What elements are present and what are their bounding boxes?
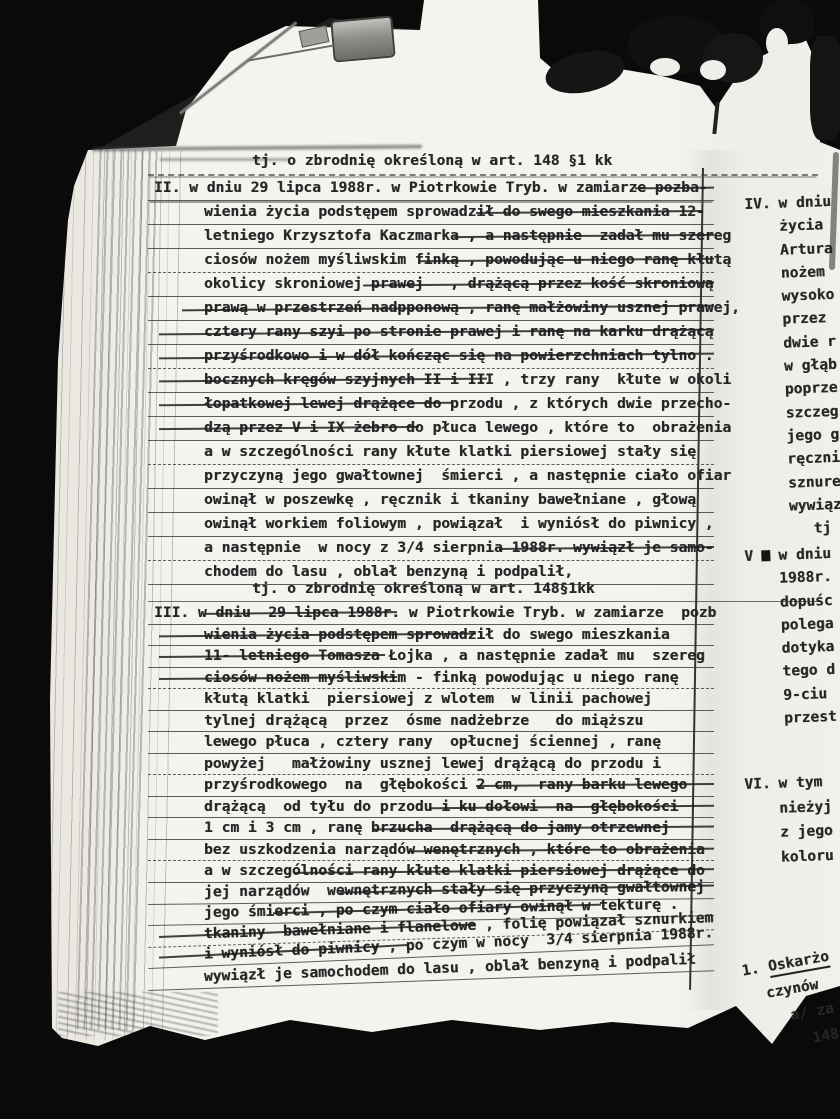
right-page-line: przest — [750, 706, 840, 733]
right-page-line: Artura — [746, 237, 840, 264]
light-splotch — [700, 60, 726, 80]
right-page-line: dopuśc — [746, 589, 840, 616]
text-line: wienia życia podstępem sprowadził do swe… — [148, 625, 714, 647]
line-text: a w szczególności rany kłute klatki pier… — [204, 443, 696, 460]
right-page-line: tj — [755, 517, 840, 544]
right-page-line: jego g — [752, 423, 840, 450]
text-line: drążącą od tyłu do przodu i ku dołowi na… — [148, 797, 714, 819]
text-line: II. w dniu 29 lipca 1988r. w Piotrkowie … — [148, 177, 714, 201]
light-splotch — [766, 28, 788, 58]
right-page-line: życia — [745, 214, 840, 241]
text-line: ciosów nożem myśliwskim finką , powodują… — [148, 249, 714, 273]
bottom-edge-smudges — [58, 992, 218, 1036]
line-text: w tym — [778, 773, 823, 792]
right-page-line: Vw dniu — [744, 543, 840, 570]
text-line: dzą przez V i IX żebro do płuca lewego ,… — [148, 417, 714, 441]
line-text: poprze — [785, 379, 838, 398]
line-text: tylnej drążącą przez ósme nadżebrze do m… — [204, 712, 643, 729]
line-text: owinął workiem foliowym , powiązał i wyn… — [204, 515, 714, 532]
line-text: z jego — [780, 822, 833, 841]
line-text: życia — [779, 217, 824, 236]
line-text: przyczyną jego gwałtownej śmierci , a na… — [204, 467, 731, 484]
gray-object-on-desk — [330, 15, 395, 62]
charge-section-vi-fragment: VI.w tymnieżyjz jegokoloru — [744, 771, 840, 872]
line-text: przest — [784, 708, 837, 727]
text-line: przyśrodkowo i w dół kończąc się na powi… — [148, 345, 714, 369]
line-text: w dniu — [778, 193, 831, 212]
text-line: 1 cm i 3 cm , ranę brzucha drążącą do ja… — [148, 818, 714, 840]
right-page-numbered-list: 1.Oskarżo czynów a/ za c 148 — [740, 942, 840, 1062]
line-text: owinął w poszewkę , ręcznik i tkaniny ba… — [204, 491, 696, 508]
text-line: owinął workiem foliowym , powiązał i wyn… — [148, 513, 714, 537]
line-text: dotyka — [781, 638, 834, 657]
charge-section-iii: III. w dniu 29 lipca 1988r. w Piotrkowie… — [148, 603, 714, 990]
text-line: tylnej drążącą przez ósme nadżebrze do m… — [148, 711, 714, 733]
text-line: owinął w poszewkę , ręcznik i tkaniny ba… — [148, 489, 714, 513]
right-page-line: nożem — [746, 260, 840, 287]
right-page-line: wysoko — [747, 284, 840, 311]
charge-section-ii: II. w dniu 29 lipca 1988r. w Piotrkowie … — [148, 177, 714, 585]
right-page-line: ręczni — [753, 447, 840, 474]
right-page-line: IV.w dniu — [744, 191, 840, 218]
right-page-line: tego d — [748, 659, 840, 686]
line-text: 1988r. — [779, 568, 832, 587]
line-text: 9-ciu — [783, 685, 828, 704]
right-page-line: 9-ciu — [749, 682, 840, 709]
text-line: bocznych kręgów szyjnych II i III , trzy… — [148, 369, 714, 393]
line-text: tego d — [782, 661, 835, 680]
text-line: III. w dniu 29 lipca 1988r. w Piotrkowie… — [148, 603, 714, 625]
line-text: dopuśc — [780, 592, 833, 611]
line-text: II. w dniu 29 lipca 1988r. w Piotrkowie … — [154, 179, 708, 196]
right-page-line: szczeg — [751, 400, 840, 427]
text-line: powyżej małżowiny usznej lewej drążącą d… — [148, 754, 714, 776]
text-line: ciosów nożem myśliwskim - finką powodują… — [148, 668, 714, 690]
line-text: wysoko — [781, 286, 834, 305]
right-page-line: przez — [748, 307, 840, 334]
line-text: szczeg — [785, 403, 838, 422]
list-number: 1. — [741, 960, 761, 980]
right-page-line: wywiąz — [755, 493, 840, 520]
line-text: powyżej małżowiny usznej lewej drążącą d… — [204, 755, 661, 772]
right-page-line: dotyka — [747, 636, 840, 663]
text-line: kłutą klatki piersiowej z wlotem w linii… — [148, 689, 714, 711]
text-line: wienia życia podstępem sprowadził do swe… — [148, 201, 714, 225]
right-page-line: dwie r — [749, 330, 840, 357]
line-text: lewego płuca , cztery rany opłucnej ście… — [204, 733, 661, 750]
dark-splotch — [810, 36, 840, 140]
right-page-line: koloru — [747, 844, 840, 872]
text-line: 11- letniego Tomasza Łojka , a następnie… — [148, 646, 714, 668]
ink-blot — [761, 550, 770, 561]
line-text: w dniu — [778, 545, 831, 564]
line-text: dwie r — [783, 333, 836, 352]
charge-section-v-fragment: Vw dniu1988r.dopuścpolegadotykatego d9-c… — [744, 543, 840, 733]
text-line: letniego Krzysztofa Kaczmarka , a następ… — [148, 225, 714, 249]
legal-qualification-heading: tj. o zbrodnię określoną w art. 148 §1 k… — [148, 149, 818, 176]
text-line: bez uszkodzenia narządów wenętrznych , k… — [148, 840, 714, 862]
text-line: prawą w przestrzeń nadpponową , ranę mał… — [148, 297, 714, 321]
right-page-line: nieżyj — [745, 795, 840, 823]
legal-qualification-heading: tj. o zbrodnię określoną w art. 148§1kk — [148, 577, 818, 602]
line-text: w głąb — [784, 356, 837, 375]
text-line: cztery rany szyi po stronie prawej i ran… — [148, 321, 714, 345]
right-page-line: w głąb — [750, 354, 840, 381]
light-splotch — [650, 58, 680, 76]
text-line: a w szczególności rany kłute klatki pier… — [148, 441, 714, 465]
section-numeral: VI. — [744, 773, 779, 796]
right-page-line: 1988r. — [745, 566, 840, 593]
line-text: ręczni — [787, 449, 840, 468]
text-line: okolicy skroniowej prawej , drążącą prze… — [148, 273, 714, 297]
line-text: przez — [782, 310, 827, 329]
line-text: sznure — [788, 472, 840, 491]
photographed-court-document: tj. o zbrodnię określoną w art. 148 §1 k… — [0, 0, 840, 1119]
line-text: kłutą klatki piersiowej z wlotem w linii… — [204, 690, 652, 707]
line-text: nieżyj — [779, 797, 832, 816]
right-page-line: polega — [746, 612, 840, 639]
line-text: jego g — [786, 426, 839, 445]
line-text: polega — [780, 615, 833, 634]
text-line: lewego płuca , cztery rany opłucnej ście… — [148, 732, 714, 754]
text-line: przyśrodkowego na głębokości 2 cm, rany … — [148, 775, 714, 797]
right-page-line: z jego — [746, 820, 840, 848]
line-text: Artura — [780, 240, 833, 259]
right-page-line: sznure — [754, 470, 840, 497]
right-page-line: VI.w tym — [744, 771, 840, 799]
line-text: tj — [813, 519, 831, 537]
line-text: wywiąz — [789, 496, 840, 515]
line-text: nożem — [780, 263, 825, 282]
text-line: a następnie w nocy z 3/4 sierpnia 1988r.… — [148, 537, 714, 561]
section-numeral: IV. — [744, 193, 779, 216]
right-page-line: poprze — [751, 377, 840, 404]
text-line: łopatkowej lewej drążące do przodu , z k… — [148, 393, 714, 417]
line-text: koloru — [781, 846, 834, 865]
text-line: przyczyną jego gwałtownej śmierci , a na… — [148, 465, 714, 489]
charge-section-iv-fragment: IV.w dniużyciaArturanożemwysokoprzezdwie… — [744, 191, 840, 544]
